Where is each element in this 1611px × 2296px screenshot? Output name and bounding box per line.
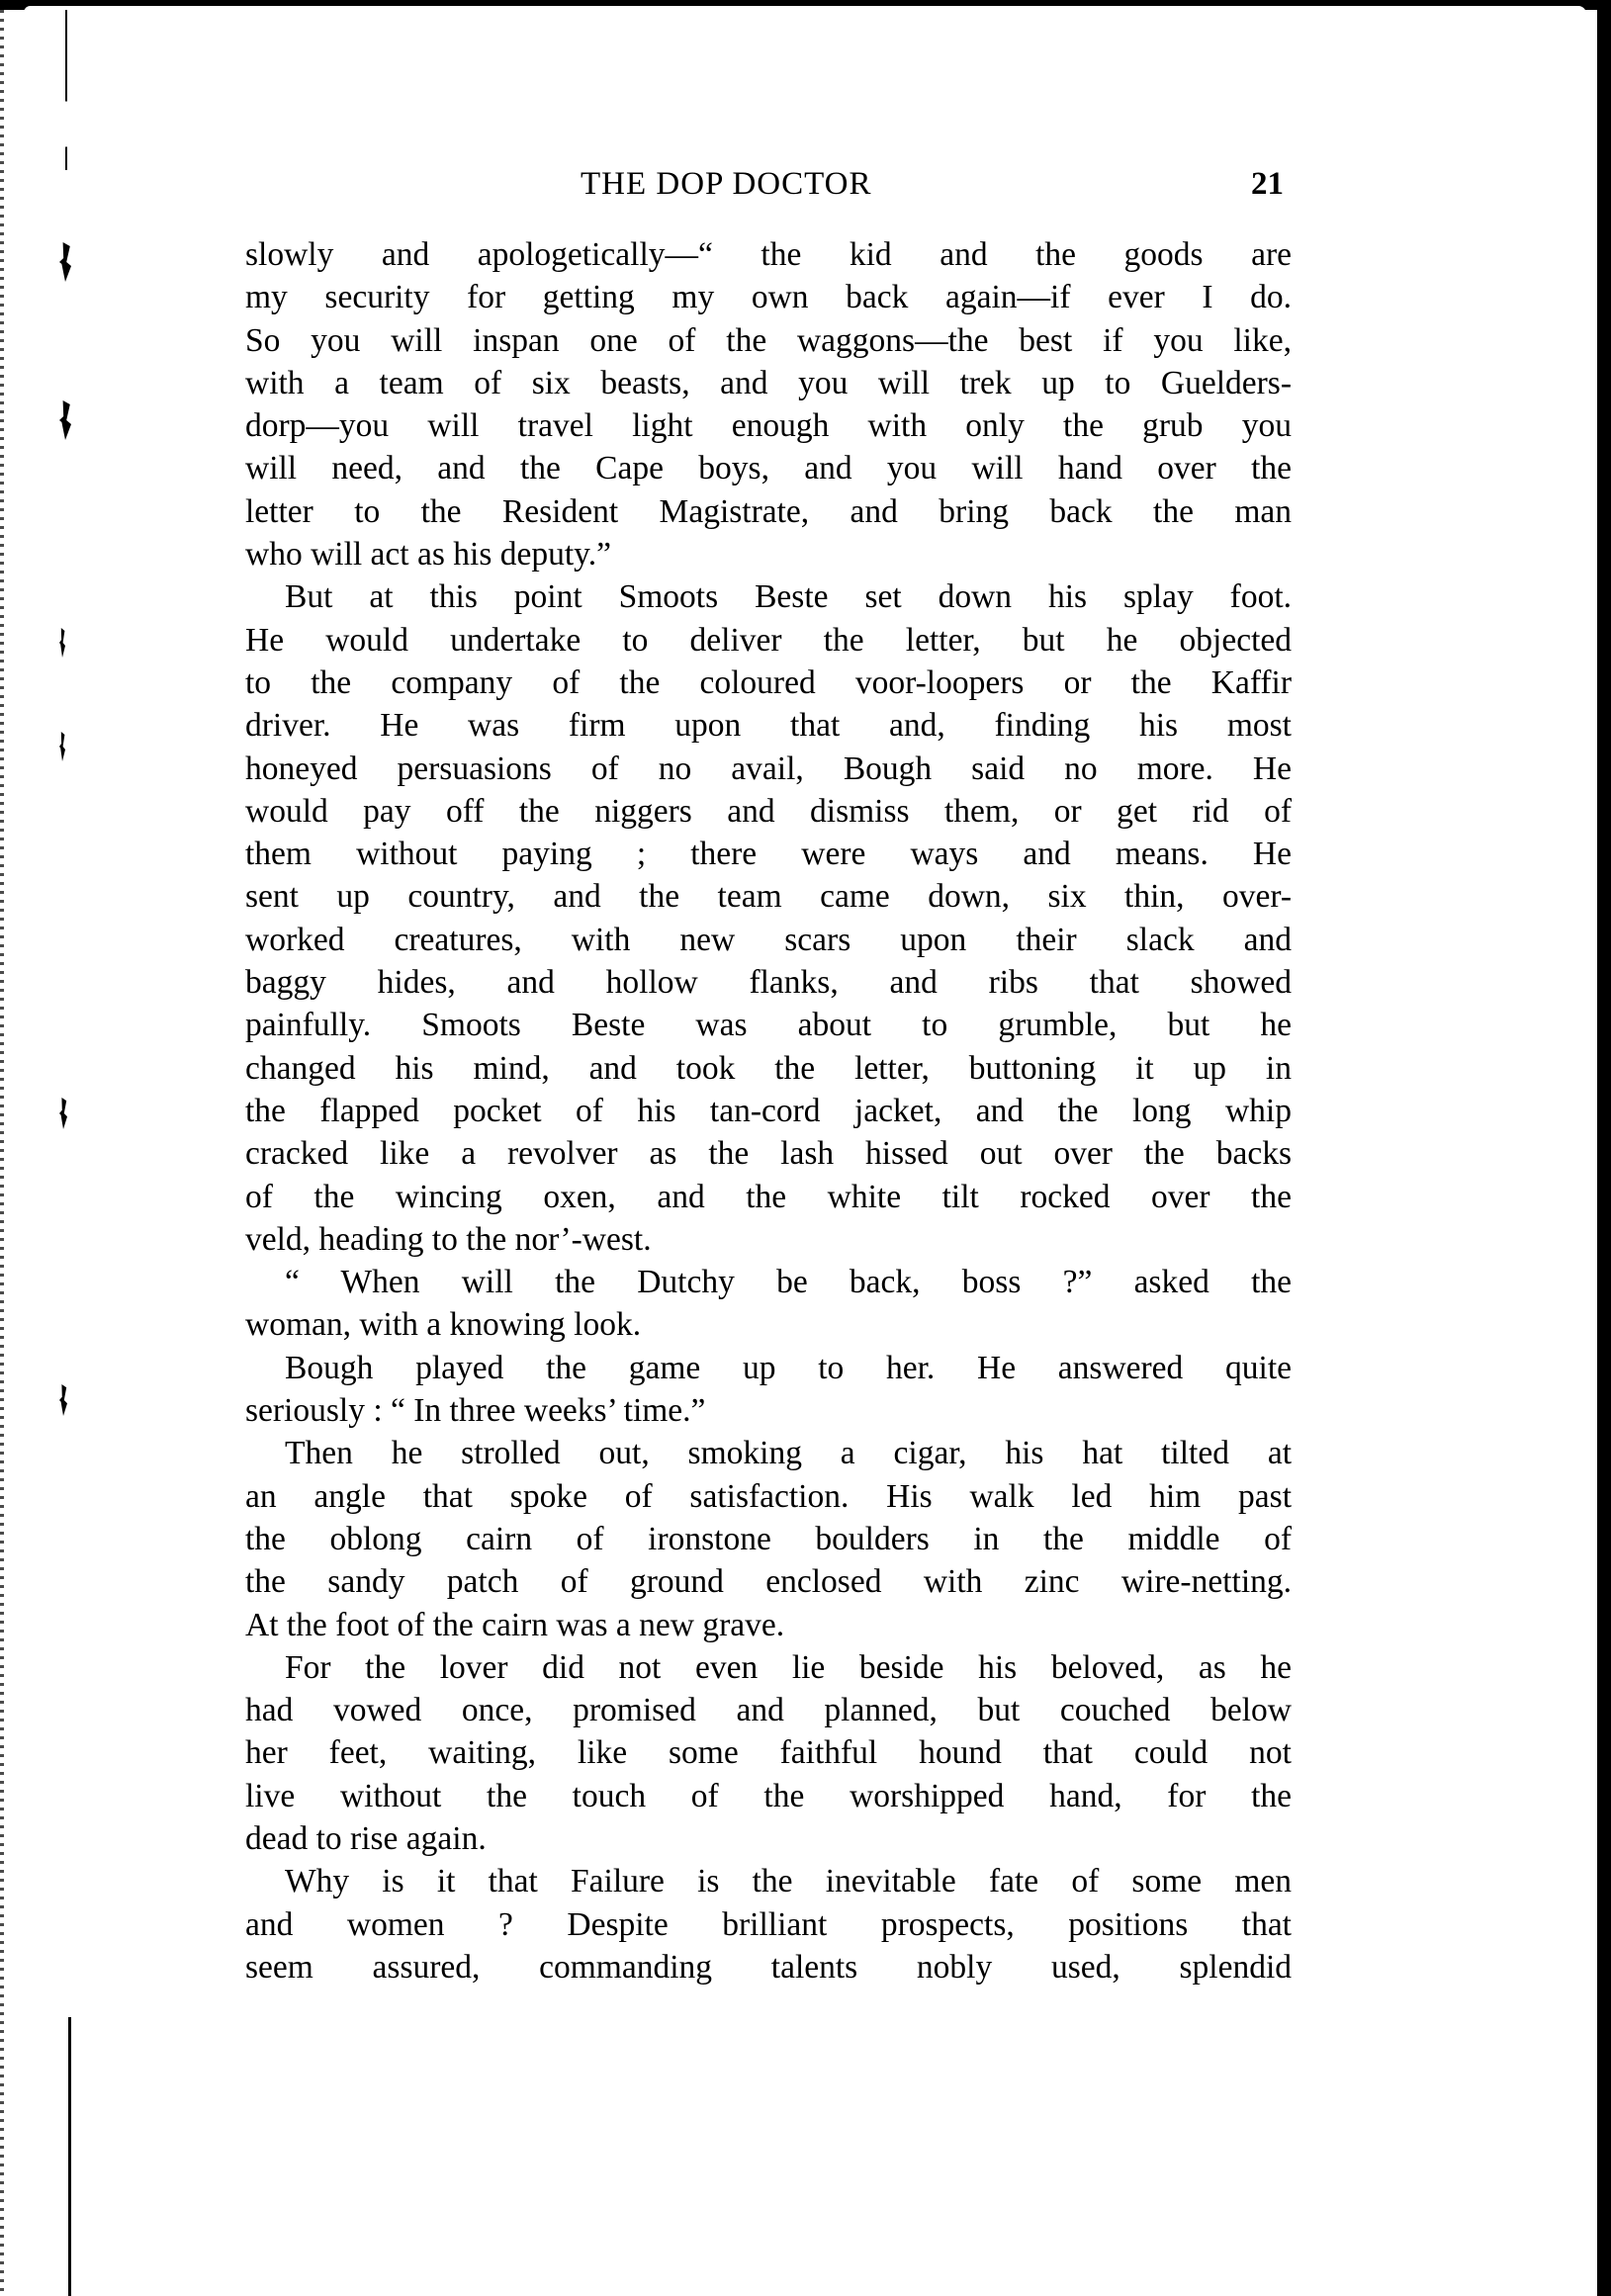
text-line: So you will inspan one of the waggons—th…: [245, 319, 1292, 362]
text-line: seem assured, commanding talents nobly u…: [245, 1946, 1292, 1988]
binding-line-lower: [68, 2017, 71, 2296]
text-line: But at this point Smoots Beste set down …: [245, 575, 1292, 618]
text-line: the sandy patch of ground enclosed with …: [245, 1560, 1292, 1603]
text-line: letter to the Resident Magistrate, and b…: [245, 490, 1292, 533]
text-line: worked creatures, with new scars upon th…: [245, 919, 1292, 961]
text-line: them without paying ; there were ways an…: [245, 833, 1292, 875]
text-line: will need, and the Cape boys, and you wi…: [245, 447, 1292, 489]
text-line: slowly and apologetically—“ the kid and …: [245, 233, 1292, 276]
text-line: He would undertake to deliver the letter…: [245, 619, 1292, 662]
text-line: her feet, waiting, like some faithful ho…: [245, 1731, 1292, 1774]
text-line: dorp—you will travel light enough with o…: [245, 404, 1292, 447]
text-line: the flapped pocket of his tan-cord jacke…: [245, 1090, 1292, 1132]
text-line: who will act as his deputy.”: [245, 533, 1292, 575]
running-title: THE DOP DOCTOR: [581, 166, 872, 203]
text-line: to the company of the coloured voor-loop…: [245, 662, 1292, 704]
text-line: sent up country, and the team came down,…: [245, 875, 1292, 918]
text-line: my security for getting my own back agai…: [245, 276, 1292, 318]
text-line: For the lover did not even lie beside hi…: [245, 1646, 1292, 1689]
text-line: cracked like a revolver as the lash hiss…: [245, 1132, 1292, 1175]
page-header: THE DOP DOCTOR 21: [0, 158, 1611, 208]
text-line: the oblong cairn of ironstone boulders i…: [245, 1518, 1292, 1560]
body-text: slowly and apologetically—“ the kid and …: [245, 233, 1292, 1988]
text-line: Bough played the game up to her. He answ…: [245, 1347, 1292, 1389]
text-line: of the wincing oxen, and the white tilt …: [245, 1176, 1292, 1218]
margin-stitch-mark: [59, 242, 71, 282]
text-line: changed his mind, and took the letter, b…: [245, 1047, 1292, 1090]
text-line: dead to rise again.: [245, 1817, 1292, 1860]
text-line: had vowed once, promised and planned, bu…: [245, 1689, 1292, 1731]
text-line: painfully. Smoots Beste was about to gru…: [245, 1004, 1292, 1046]
text-line: baggy hides, and hollow flanks, and ribs…: [245, 961, 1292, 1004]
text-line: an angle that spoke of satisfaction. His…: [245, 1475, 1292, 1518]
text-line: driver. He was firm upon that and, findi…: [245, 704, 1292, 747]
binding-line: [65, 10, 67, 2296]
text-line: would pay off the niggers and dismiss th…: [245, 790, 1292, 833]
text-line: honeyed persuasions of no avail, Bough s…: [245, 748, 1292, 790]
scan-left-edge: [0, 10, 4, 2296]
text-line: woman, with a knowing look.: [245, 1303, 1292, 1346]
page-top-edge: [24, 6, 1586, 14]
text-line: live without the touch of the worshipped…: [245, 1775, 1292, 1817]
text-line: “ When will the Dutchy be back, boss ?” …: [245, 1261, 1292, 1303]
text-line: seriously : “ In three weeks’ time.”: [245, 1389, 1292, 1432]
text-line: Why is it that Failure is the inevitable…: [245, 1860, 1292, 1902]
text-line: Then he strolled out, smoking a cigar, h…: [245, 1432, 1292, 1474]
text-line: veld, heading to the nor’-west.: [245, 1218, 1292, 1261]
text-line: and women ? Despite brilliant prospects,…: [245, 1903, 1292, 1946]
scan-right-border: [1597, 0, 1611, 2296]
page-number: 21: [1251, 166, 1284, 203]
text-line: with a team of six beasts, and you will …: [245, 362, 1292, 404]
margin-stitch-mark: [59, 400, 71, 440]
text-line: At the foot of the cairn was a new grave…: [245, 1604, 1292, 1646]
